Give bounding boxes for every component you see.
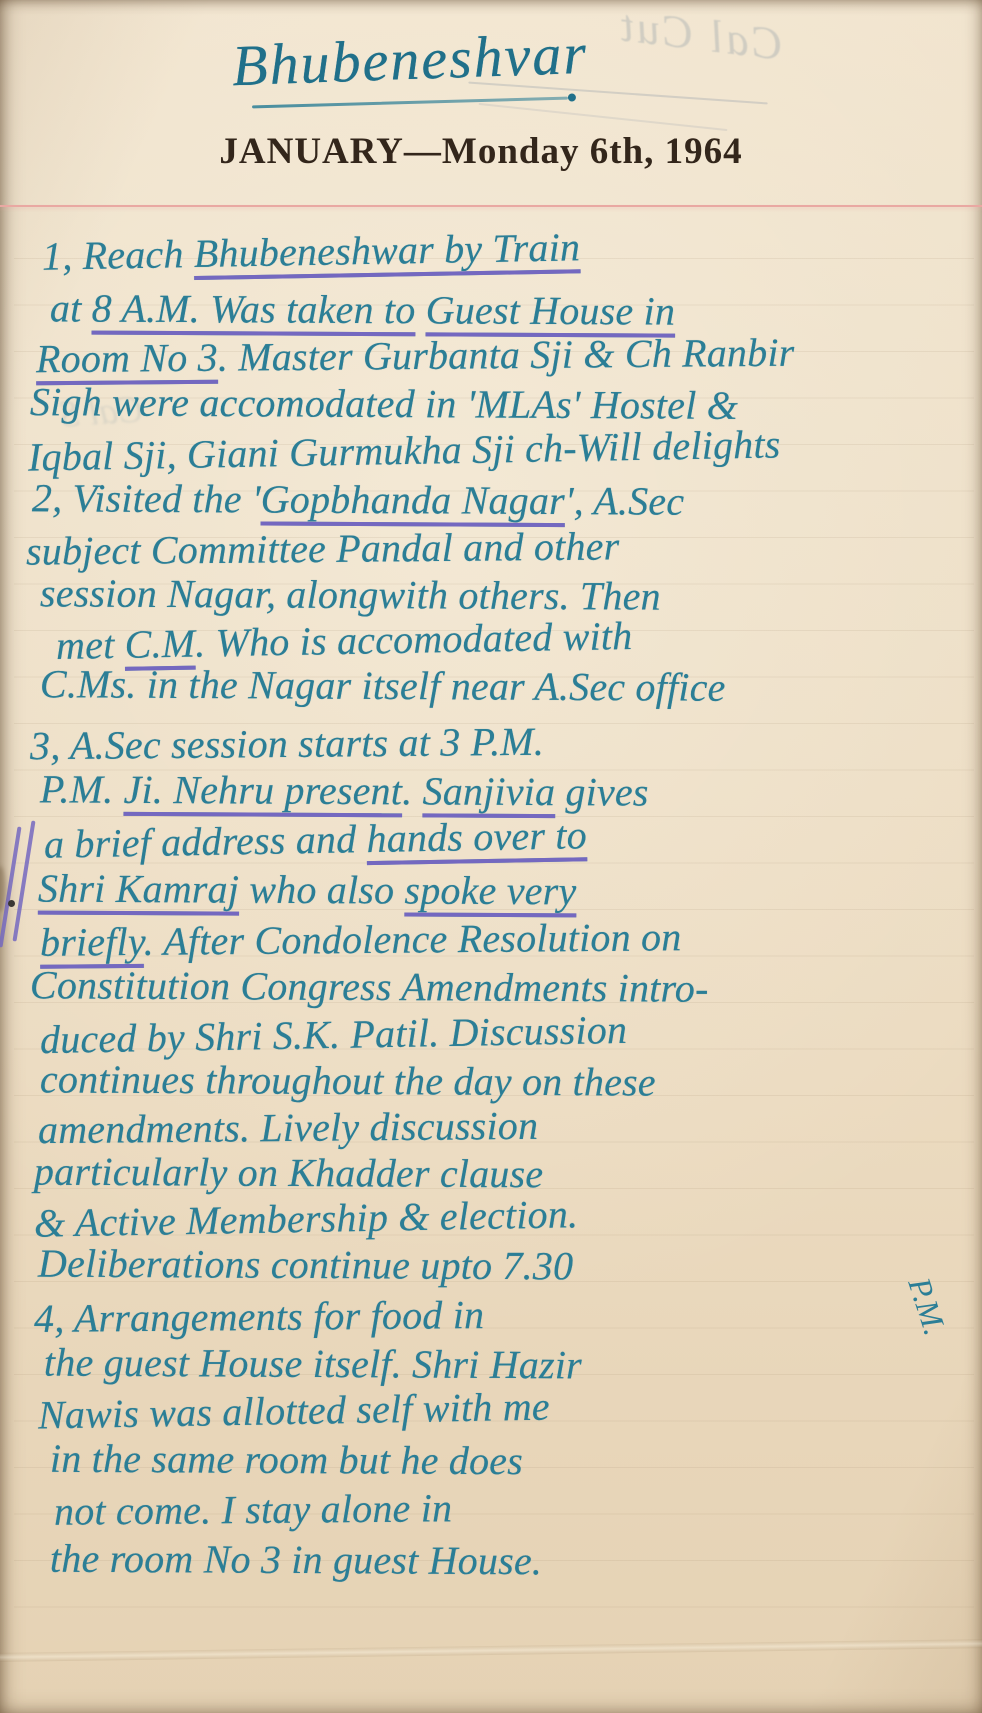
handwriting-line: continues throughout the day on these: [40, 1055, 656, 1105]
handwriting-segment: gives: [555, 769, 649, 814]
diary-page: Cal Cut Cal S Bhubeneshvar JANUARY—Monda…: [0, 0, 982, 1713]
handwriting-segment: Nawis was allotted self with me: [38, 1384, 551, 1438]
handwriting-segment: & Active Membership & election.: [34, 1191, 579, 1245]
handwriting-segment: C.Ms. in the Nagar itself near A.Sec off…: [40, 661, 726, 710]
underlined-phrase: Sanjivia: [422, 768, 555, 814]
handwriting-line: & Active Membership & election.: [34, 1190, 579, 1246]
handwriting-segment: amendments. Lively discussion: [38, 1103, 539, 1152]
handwriting-segment: Constitution Congress Amendments intro-: [30, 962, 709, 1011]
underlined-phrase: Room No 3: [36, 335, 218, 382]
underlined-phrase: spoke very: [404, 868, 576, 914]
handwriting-line: subject Committee Pandal and other: [26, 522, 620, 574]
handwriting-line: a brief address and hands over to: [44, 811, 588, 867]
handwriting-segment: the guest House itself. Shri Hazir: [44, 1340, 582, 1388]
handwriting-segment: Deliberations continue upto 7.30: [38, 1241, 573, 1289]
handwriting-segment: not come. I stay alone in: [54, 1485, 453, 1533]
handwriting-line: Shri Kamraj who also spoke very: [38, 865, 577, 915]
margin-ink-dot: [8, 900, 15, 907]
handwriting-line: the room No 3 in guest House.: [50, 1535, 542, 1585]
diary-entry-body: 1, Reach Bhubeneshwar by Train at 8 A.M.…: [0, 0, 982, 1713]
handwriting-segment: . After Condolence Resolution on: [143, 914, 681, 964]
handwriting-line: Sigh were accomodated in 'MLAs' Hostel &: [30, 378, 738, 429]
handwriting-segment: in the same room but he does: [50, 1436, 523, 1483]
handwriting-segment: . Who is accomodated with: [195, 613, 633, 666]
underlined-phrase: Guest House in: [426, 287, 676, 333]
handwriting-segment: [415, 287, 425, 332]
handwriting-segment: session Nagar, alongwith others. Then: [40, 570, 661, 618]
handwriting-segment: 3, A.Sec session starts at 3 P.M.: [30, 719, 544, 768]
handwriting-segment: continues throughout the day on these: [40, 1056, 656, 1104]
handwriting-line: in the same room but he does: [50, 1435, 523, 1484]
underlined-phrase: Bhubeneshwar by Train: [193, 224, 580, 276]
handwriting-segment: .: [402, 768, 423, 813]
handwriting-segment: P.M.: [40, 766, 124, 811]
handwriting-segment: the room No 3 in guest House.: [50, 1536, 542, 1584]
handwriting-line: Constitution Congress Amendments intro-: [30, 961, 709, 1012]
handwriting-line: Room No 3. Master Gurbanta Sji & Ch Ranb…: [36, 329, 795, 383]
handwriting-segment: who also: [239, 867, 405, 913]
handwriting-segment: Sigh were accomodated in 'MLAs' Hostel &: [30, 379, 738, 428]
handwriting-line: 2, Visited the 'Gopbhanda Nagar', A.Sec: [32, 474, 685, 524]
handwriting-line: the guest House itself. Shri Hazir: [44, 1339, 582, 1389]
handwriting-line: 1, Reach Bhubeneshwar by Train: [42, 223, 581, 279]
underlined-phrase: Shri Kamraj: [38, 866, 239, 912]
handwriting-line: amendments. Lively discussion: [38, 1102, 539, 1153]
handwriting-segment: 4, Arrangements for food in: [34, 1292, 485, 1341]
handwriting-segment: subject Committee Pandal and other: [26, 523, 620, 573]
underlined-phrase: Gopbhanda Nagar: [261, 476, 565, 523]
handwriting-segment: ', A.Sec: [565, 478, 685, 524]
handwriting-segment: particularly on Khadder clause: [34, 1149, 544, 1197]
handwriting-line: P.M. Ji. Nehru present. Sanjivia gives: [40, 765, 649, 815]
handwriting-segment: 2, Visited the ': [32, 475, 261, 521]
underlined-phrase: hands over to: [366, 812, 587, 861]
handwriting-segment: 1, Reach: [42, 231, 195, 279]
handwriting-line: at 8 A.M. Was taken to Guest House in: [50, 284, 675, 334]
underlined-phrase: Ji. Nehru present: [123, 767, 402, 813]
handwriting-line: Nawis was allotted self with me: [38, 1383, 551, 1439]
underlined-phrase: briefly: [40, 919, 144, 965]
underlined-phrase: 8 A.M. Was taken to: [92, 286, 416, 333]
handwriting-line: 4, Arrangements for food in: [34, 1291, 485, 1342]
handwriting-segment: Iqbal Sji, Giani Gurmukha Sji ch-Will de…: [28, 421, 781, 479]
handwriting-line: duced by Shri S.K. Patil. Discussion: [40, 1006, 628, 1063]
handwriting-line: Deliberations continue upto 7.30: [38, 1240, 573, 1290]
handwriting-segment: at: [50, 285, 92, 330]
handwriting-line: C.Ms. in the Nagar itself near A.Sec off…: [40, 660, 726, 711]
handwriting-line: 3, A.Sec session starts at 3 P.M.: [30, 718, 544, 769]
handwriting-line: Iqbal Sji, Giani Gurmukha Sji ch-Will de…: [28, 420, 781, 480]
handwriting-segment: a brief address and: [44, 816, 367, 867]
handwriting-line: briefly. After Condolence Resolution on: [40, 913, 682, 966]
handwriting-line: particularly on Khadder clause: [34, 1148, 544, 1198]
handwriting-line: not come. I stay alone in: [54, 1484, 453, 1534]
handwriting-segment: . Master Gurbanta Sji & Ch Ranbir: [218, 330, 795, 380]
handwriting-segment: duced by Shri S.K. Patil. Discussion: [40, 1007, 628, 1062]
